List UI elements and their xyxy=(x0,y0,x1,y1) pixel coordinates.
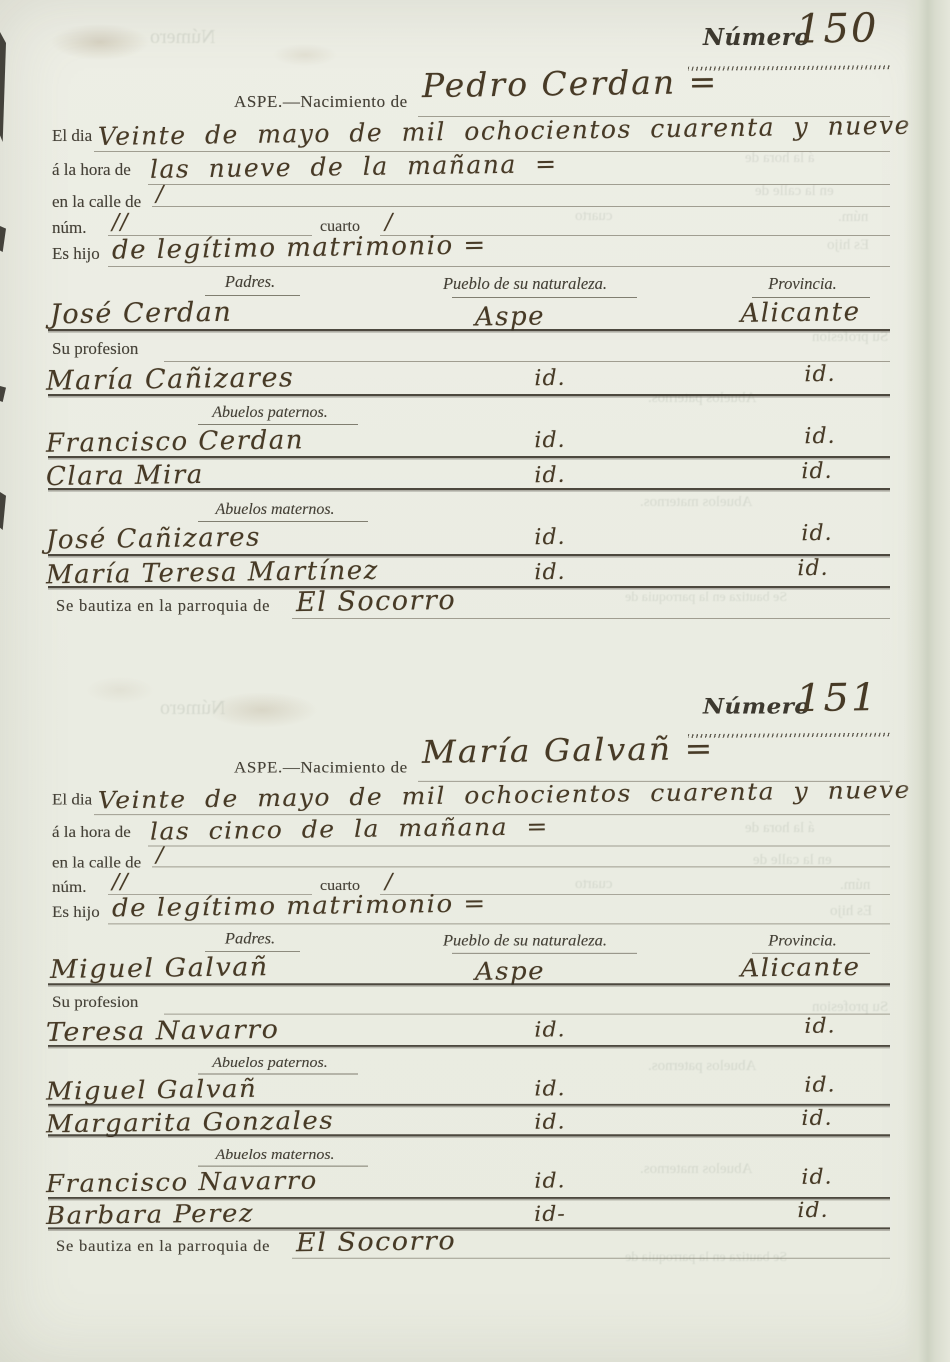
column-header-padres: Padres. xyxy=(185,272,315,292)
abuela-materna-pueblo: id. xyxy=(505,559,595,585)
flourish-line xyxy=(688,733,890,738)
madre-provincia: id. xyxy=(775,361,865,387)
hijo-label: Es hijo xyxy=(52,903,100,922)
rule-line-heavy xyxy=(48,1134,890,1136)
dia-value: Veinte de mayo de mil ochocientos cuaren… xyxy=(98,775,950,814)
rule-line-heavy xyxy=(48,488,890,490)
rule-line xyxy=(108,923,890,924)
padre-provincia: Alicante xyxy=(728,953,873,983)
rule-line xyxy=(148,846,890,847)
rule-line xyxy=(292,1258,890,1259)
abuela-materna-name: Barbara Perez xyxy=(46,1199,255,1230)
rule-line xyxy=(292,618,890,619)
rule-line xyxy=(198,521,368,522)
abuelo-paterno-pueblo: id. xyxy=(505,1077,595,1102)
child-name-value: Pedro Cerdan = xyxy=(422,62,719,105)
madre-name: Teresa Navarro xyxy=(46,1015,280,1048)
rule-line-heavy xyxy=(48,554,890,556)
column-header-pueblo: Pueblo de su naturaleza. xyxy=(415,274,635,294)
rule-line xyxy=(152,866,890,867)
abuela-paterna-provincia: id. xyxy=(772,458,862,484)
hijo-value: de legítimo matrimonio = xyxy=(112,230,487,265)
bautiza-value: El Socorro xyxy=(296,585,457,618)
rule-line-heavy xyxy=(48,1045,890,1047)
padre-name: Miguel Galvañ xyxy=(50,952,269,984)
abuelo-materno-pueblo: id. xyxy=(505,524,595,550)
madre-name: María Cañizares xyxy=(46,362,295,396)
num-value: ∕∕ xyxy=(112,210,129,235)
abuelos-paternos-label: Abuelos paternos. xyxy=(180,1055,360,1072)
abuelo-materno-name: José Cañizares xyxy=(46,523,261,556)
padre-name: José Cerdan xyxy=(50,297,233,331)
madre-pueblo: id. xyxy=(505,1018,595,1043)
abuelos-paternos-label: Abuelos paternos. xyxy=(180,404,360,422)
abuelo-paterno-provincia: id. xyxy=(775,423,865,449)
abuelo-materno-pueblo: id. xyxy=(505,1169,595,1194)
hora-value: las nueve de la mañana = xyxy=(150,149,558,184)
calle-value: ∕ xyxy=(156,844,165,868)
abuelo-paterno-name: Francisco Cerdan xyxy=(46,425,304,459)
abuela-materna-provincia: id. xyxy=(768,555,858,581)
madre-provincia: id. xyxy=(775,1014,865,1039)
hora-value: las cinco de la mañana = xyxy=(150,812,549,845)
column-header-pueblo: Pueblo de su naturaleza. xyxy=(415,931,635,950)
numero-value: 150 xyxy=(796,5,879,52)
rule-line xyxy=(452,953,637,954)
scanned-register-page: Número á la hora de en la calle de cuart… xyxy=(0,0,950,1362)
rule-line-heavy xyxy=(48,329,890,331)
child-name-value: María Galvañ = xyxy=(422,730,715,771)
hora-label: á la hora de xyxy=(52,823,131,842)
rule-line-heavy xyxy=(48,394,890,396)
profesion-label: Su profesion xyxy=(52,993,138,1012)
dia-label: El dia xyxy=(52,126,92,146)
town-nacimiento-label: ASPE.—Nacimiento de xyxy=(234,758,408,777)
padre-provincia: Alicante xyxy=(728,297,873,329)
abuelos-maternos-label: Abuelos maternos. xyxy=(180,1147,370,1164)
column-header-provincia: Provincia. xyxy=(740,274,865,294)
hijo-label: Es hijo xyxy=(52,244,100,264)
madre-pueblo: id. xyxy=(505,365,595,391)
dia-label: El dia xyxy=(52,790,92,809)
abuela-paterna-pueblo: id. xyxy=(505,462,595,488)
dia-value: Veinte de mayo de mil ochocientos cuaren… xyxy=(98,110,950,151)
bautiza-value: El Socorro xyxy=(296,1226,457,1258)
book-edge xyxy=(904,0,950,1362)
rule-line xyxy=(198,1074,358,1075)
column-header-provincia: Provincia. xyxy=(740,931,865,950)
numero-label: Número xyxy=(703,694,810,720)
rule-line xyxy=(452,297,637,298)
rule-line-heavy xyxy=(48,586,890,588)
flourish-line xyxy=(688,65,890,70)
abuelo-paterno-provincia: id. xyxy=(775,1073,865,1098)
numero-label: Número xyxy=(703,24,810,51)
abuelo-paterno-name: Miguel Galvañ xyxy=(46,1075,258,1106)
rule-line xyxy=(108,266,890,267)
calle-value: ∕ xyxy=(156,182,165,207)
num-value: ∕∕ xyxy=(112,870,129,894)
num-label: núm. xyxy=(52,878,86,897)
town-nacimiento-label: ASPE.—Nacimiento de xyxy=(234,92,408,112)
birth-record-151: Número 151 ASPE.—Nacimiento de María Gal… xyxy=(0,684,950,1265)
rule-line-heavy xyxy=(48,456,890,458)
hora-label: á la hora de xyxy=(52,160,131,180)
birth-record-150: Número 150 ASPE.—Nacimiento de Pedro Cer… xyxy=(0,14,950,626)
abuelos-maternos-label: Abuelos maternos. xyxy=(180,501,370,519)
profesion-label: Su profesion xyxy=(52,339,138,359)
rule-line-heavy xyxy=(48,983,890,985)
abuelo-paterno-pueblo: id. xyxy=(505,427,595,453)
hijo-value: de legítimo matrimonio = xyxy=(112,890,487,923)
abuela-paterna-provincia: id. xyxy=(772,1106,862,1131)
rule-line xyxy=(152,206,890,207)
rule-line-heavy xyxy=(48,1227,890,1229)
abuelo-materno-name: Francisco Navarro xyxy=(46,1167,318,1199)
rule-line-heavy xyxy=(48,1104,890,1106)
abuelo-materno-provincia: id. xyxy=(772,1165,862,1190)
bautiza-label: Se bautiza en la parroquia de xyxy=(56,596,270,616)
column-header-padres: Padres. xyxy=(185,929,315,948)
abuela-paterna-pueblo: id. xyxy=(505,1110,595,1135)
rule-line-heavy xyxy=(48,1197,890,1199)
numero-value: 151 xyxy=(796,676,879,721)
rule-line xyxy=(148,184,890,185)
rule-line xyxy=(205,295,300,296)
abuela-materna-provincia: id. xyxy=(768,1198,858,1223)
num-label: núm. xyxy=(52,218,86,238)
bautiza-label: Se bautiza en la parroquia de xyxy=(56,1237,270,1256)
abuela-materna-pueblo: id- xyxy=(505,1202,595,1227)
abuelo-materno-provincia: id. xyxy=(772,520,862,546)
